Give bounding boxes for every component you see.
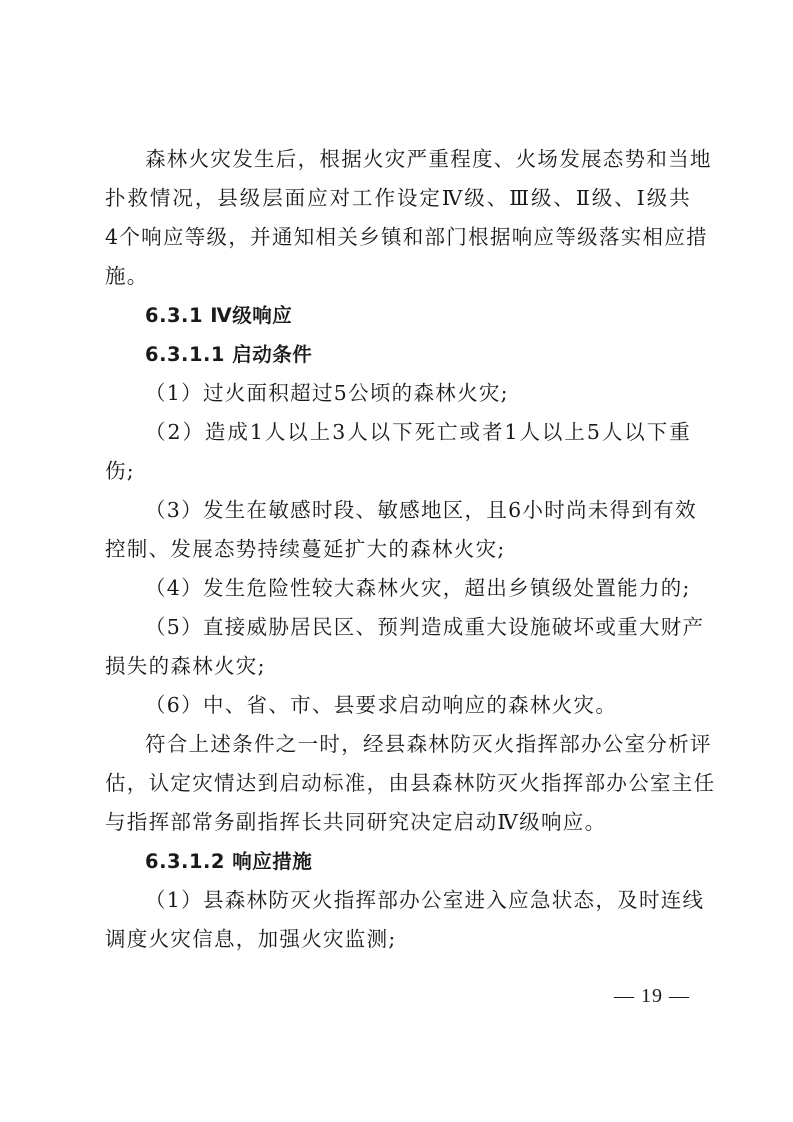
condition-item-3-line-1: （3）发生在敏感时段、敏感地区，且6小时尚未得到有效 (105, 491, 691, 530)
condition-item-2-line-2: 伤; (105, 452, 691, 491)
section-heading-6-3-1-2: 6.3.1.2 响应措施 (105, 842, 691, 881)
measure-item-1-line-1: （1）县森林防灭火指挥部办公室进入应急状态，及时连线 (105, 881, 691, 920)
condition-item-4: （4）发生危险性较大森林火灾，超出乡镇级处置能力的; (105, 569, 691, 608)
condition-item-5-line-1: （5）直接威胁居民区、预判造成重大设施破坏或重大财产 (105, 608, 691, 647)
decision-paragraph-line-2: 估，认定灾情达到启动标准，由县森林防灭火指挥部办公室主任 (105, 764, 691, 803)
condition-item-3-line-2: 控制、发展态势持续蔓延扩大的森林火灾; (105, 530, 691, 569)
condition-item-2-line-1: （2）造成1人以上3人以下死亡或者1人以上5人以下重 (105, 413, 691, 452)
condition-item-5-line-2: 损失的森林火灾; (105, 647, 691, 686)
page-number: — 19 — (600, 985, 690, 1008)
section-heading-6-3-1: 6.3.1 Ⅳ级响应 (105, 296, 691, 335)
paragraph-intro-line-1: 森林火灾发生后，根据火灾严重程度、火场发展态势和当地 (105, 140, 691, 179)
decision-paragraph-line-3: 与指挥部常务副指挥长共同研究决定启动Ⅳ级响应。 (105, 803, 691, 842)
measure-item-1-line-2: 调度火灾信息，加强火灾监测; (105, 920, 691, 959)
condition-item-6: （6）中、省、市、县要求启动响应的森林火灾。 (105, 686, 691, 725)
decision-paragraph-line-1: 符合上述条件之一时，经县森林防灭火指挥部办公室分析评 (105, 725, 691, 764)
paragraph-intro-line-2: 扑救情况，县级层面应对工作设定Ⅳ级、Ⅲ级、Ⅱ级、Ⅰ级共 (105, 179, 691, 218)
paragraph-intro-line-3: 4个响应等级，并通知相关乡镇和部门根据响应等级落实相应措 (105, 218, 691, 257)
condition-item-1: （1）过火面积超过5公顷的森林火灾; (105, 374, 691, 413)
paragraph-intro-line-4: 施。 (105, 257, 691, 296)
section-heading-6-3-1-1: 6.3.1.1 启动条件 (105, 335, 691, 374)
